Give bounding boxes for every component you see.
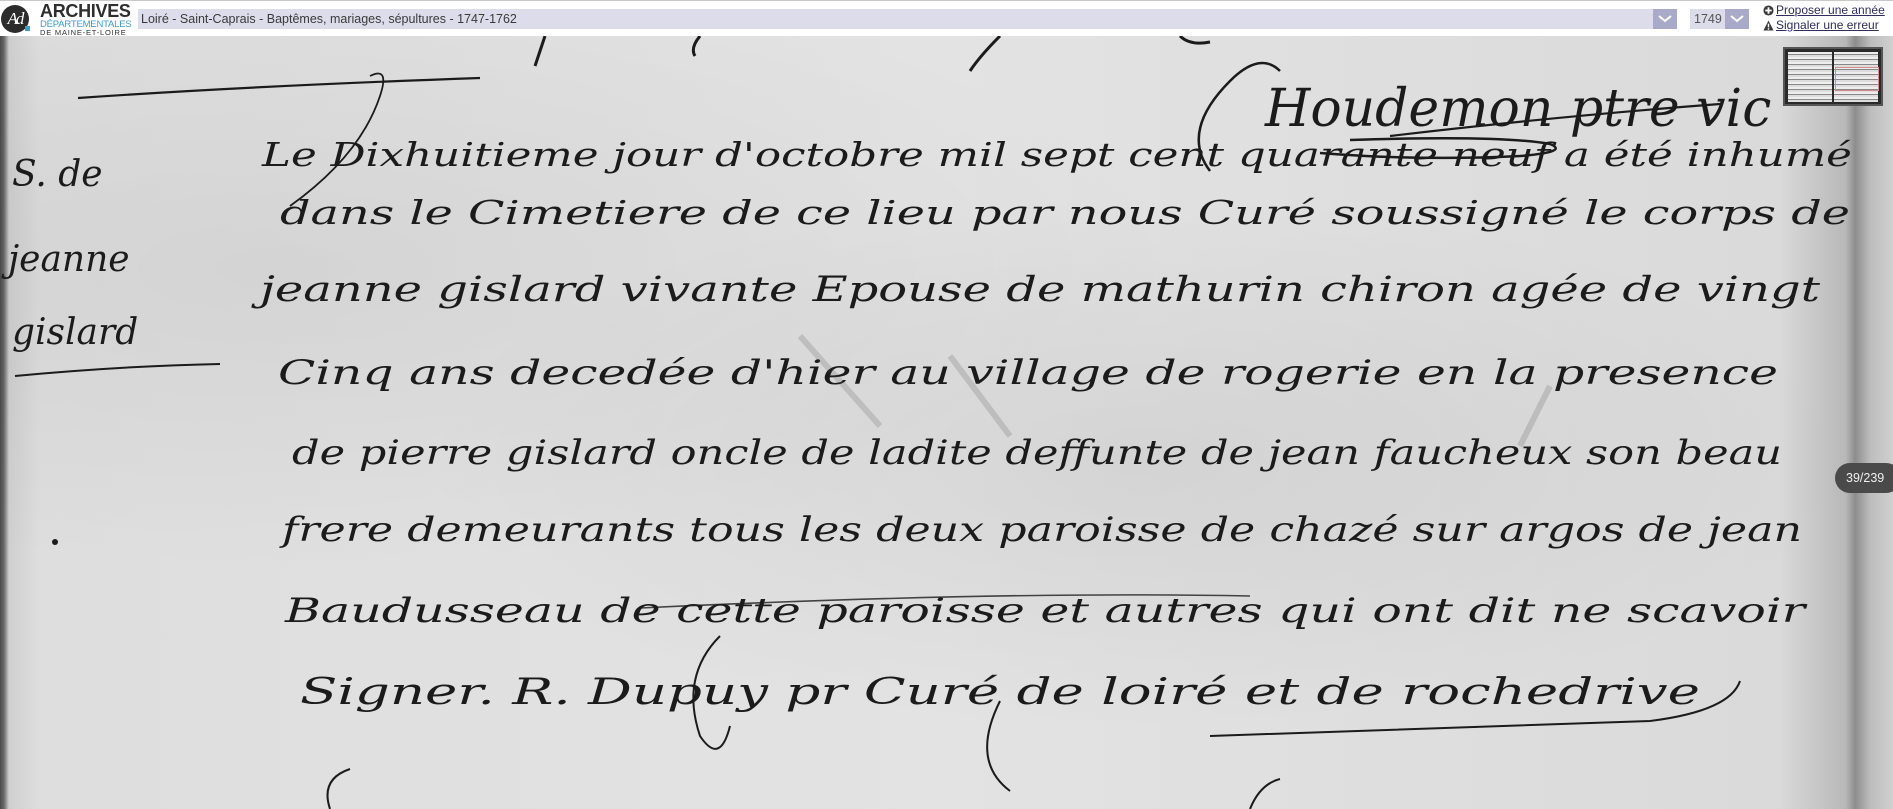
logo-line3: DE MAINE-ET-LOIRE	[40, 29, 127, 37]
minimap-thumbnail[interactable]	[1783, 47, 1883, 106]
page-counter: 39/239	[1835, 463, 1893, 493]
top-bar: Ad ARCHIVES DÉPARTEMENTALES DE MAINE-ET-…	[0, 0, 1893, 36]
margin-note-line1: S. de	[12, 154, 103, 195]
archives-logo[interactable]: Ad ARCHIVES DÉPARTEMENTALES DE MAINE-ET-…	[0, 2, 136, 36]
logo-line1: ARCHIVES	[40, 2, 131, 20]
year-select[interactable]: 1749	[1690, 9, 1749, 29]
minimap-left-page	[1788, 52, 1832, 102]
entry-line-2: dans le Cimetiere de ce lieu par nous Cu…	[280, 193, 1850, 232]
entry-line-8: Signer. R. Dupuy pr Curé de loiré et de …	[300, 672, 1700, 713]
year-value: 1749	[1694, 11, 1722, 27]
register-select[interactable]: Loiré - Saint-Caprais - Baptêmes, mariag…	[138, 9, 1677, 29]
entry-line-1: Le Dixhuitieme jour d'octobre mil sept c…	[261, 135, 1852, 174]
document-viewer[interactable]: Houdemon ptre vic S. de jeanne gislard L…	[0, 36, 1893, 809]
report-error-link[interactable]: Signaler une erreur	[1776, 18, 1879, 33]
warning-icon	[1763, 20, 1774, 31]
margin-note-line3: gislard	[12, 312, 138, 353]
entry-line-4: Cinq ans decedée d'hier au village de ro…	[278, 353, 1778, 393]
entry-line-5: de pierre gislard oncle de ladite deffun…	[292, 433, 1782, 473]
margin-note-line2: jeanne	[1, 239, 130, 280]
year-dropdown-button[interactable]	[1725, 9, 1749, 29]
chevron-down-icon	[1658, 15, 1672, 23]
logo-accent	[25, 26, 30, 31]
register-title: Loiré - Saint-Caprais - Baptêmes, mariag…	[141, 11, 517, 27]
minimap-viewport-indicator[interactable]	[1835, 67, 1879, 91]
heading-text: Houdemon ptre vic	[1264, 79, 1771, 139]
propose-year-link[interactable]: Proposer une année	[1776, 3, 1885, 18]
plus-circle-icon	[1763, 5, 1774, 16]
entry-line-3: jeanne gislard vivante Epouse de mathuri…	[250, 270, 1821, 310]
entry-line-7: Baudusseau de cette paroisse et autres q…	[284, 591, 1808, 631]
register-dropdown-button[interactable]	[1653, 9, 1677, 29]
entry-line-6: frere demeurants tous les deux paroisse …	[278, 510, 1802, 550]
manuscript-image: Houdemon ptre vic S. de jeanne gislard L…	[0, 36, 1893, 809]
header-links: Proposer une année Signaler une erreur	[1763, 3, 1885, 33]
chevron-down-icon	[1730, 15, 1744, 23]
